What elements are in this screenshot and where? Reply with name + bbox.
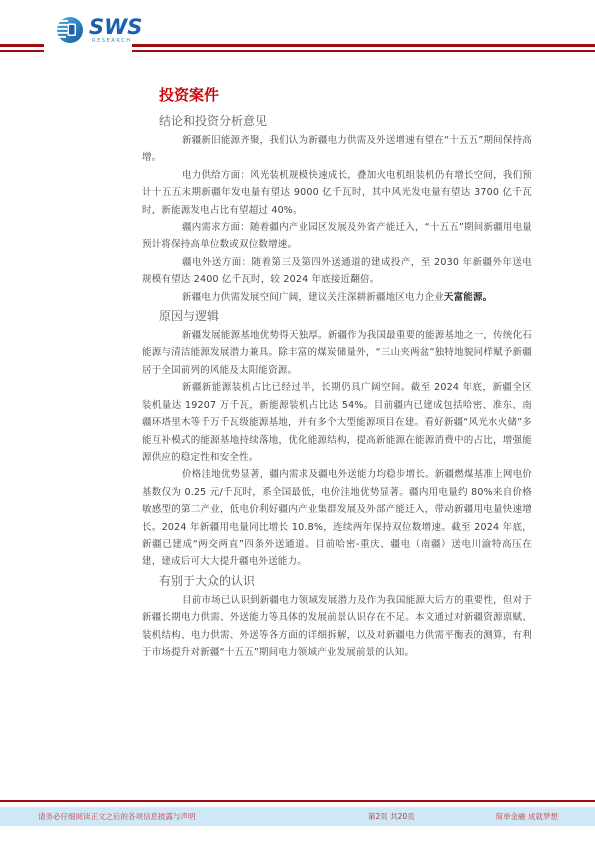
logo-sws-text: SWS xyxy=(89,17,142,38)
body-paragraph: 新疆新能源装机占比已经过半，长期仍具广阔空间。截至 2024 年底，新疆全区装机… xyxy=(142,379,532,466)
paragraph-text: 新疆新旧能源齐聚，我们认为新疆电力供需及外送增速有望在“十五五”期间保持高增。 xyxy=(142,135,532,163)
logo-research-text: RESEARCH xyxy=(92,39,142,44)
paragraph-text: 电力供给方面：风光装机规模快速成长，叠加火电机组装机仍有增长空间，我们预计十五五… xyxy=(142,170,532,216)
footer-disclaimer: 请务必仔细阅读正文之后的各项信息披露与声明 xyxy=(38,807,196,826)
page-title: 投资案件 xyxy=(142,86,532,104)
report-body: 投资案件 结论和投资分析意见新疆新旧能源齐聚，我们认为新疆电力供需及外送增速有望… xyxy=(142,86,532,661)
body-paragraph: 新疆电力供需发展空间广阔，建议关注深耕新疆地区电力企业天富能源。 xyxy=(142,289,532,306)
report-page: SWS RESEARCH 投资案件 结论和投资分析意见新疆新旧能源齐聚，我们认为… xyxy=(0,0,595,841)
highlighted-company-name: 天富能源。 xyxy=(444,292,493,303)
sws-logo: SWS RESEARCH xyxy=(55,15,142,45)
sws-globe-icon xyxy=(55,15,85,45)
paragraph-text: 目前市场已认识到新疆电力领域发展潜力及作为我国能源大后方的重要性，但对于新疆长期… xyxy=(142,595,532,658)
header-rule-left-bottom xyxy=(0,50,44,52)
paragraph-text: 新疆电力供需发展空间广阔，建议关注深耕新疆地区电力企业 xyxy=(182,292,444,303)
footer-rule xyxy=(0,800,595,802)
body-paragraph: 新疆发展能源基地优势得天独厚。新疆作为我国最重要的能源基地之一，传统化石能源与清… xyxy=(142,327,532,379)
section-heading: 有别于大众的认识 xyxy=(142,573,532,590)
header-rule-right-bottom xyxy=(132,50,595,52)
paragraph-text: 新疆发展能源基地优势得天独厚。新疆作为我国最重要的能源基地之一，传统化石能源与清… xyxy=(142,330,532,376)
footer-band: 请务必仔细阅读正文之后的各项信息披露与声明 第2页 共20页 简单金融 成就梦想 xyxy=(0,807,595,826)
header-rule-right-top xyxy=(132,44,595,47)
sections: 结论和投资分析意见新疆新旧能源齐聚，我们认为新疆电力供需及外送增速有望在“十五五… xyxy=(142,113,532,661)
header-rule-left-top xyxy=(0,44,44,47)
paragraph-text: 疆电外送方面：随着第三及第四外送通道的建成投产，至 2030 年新疆外年送电规模… xyxy=(142,257,532,285)
paragraph-text: 疆内需求方面：随着疆内产业园区发展及外省产能迁入，“十五五”期间新疆用电量预计将… xyxy=(142,222,532,250)
footer-page-info: 第2页 共20页 xyxy=(368,807,415,826)
paragraph-text: 价格洼地优势显著，疆内需求及疆电外送能力均稳步增长。新疆燃煤基准上网电价基数仅为… xyxy=(142,469,532,567)
body-paragraph: 电力供给方面：风光装机规模快速成长，叠加火电机组装机仍有增长空间，我们预计十五五… xyxy=(142,167,532,219)
body-paragraph: 新疆新旧能源齐聚，我们认为新疆电力供需及外送增速有望在“十五五”期间保持高增。 xyxy=(142,132,532,167)
section-heading: 原因与逻辑 xyxy=(142,308,532,325)
body-paragraph: 疆内需求方面：随着疆内产业园区发展及外省产能迁入，“十五五”期间新疆用电量预计将… xyxy=(142,219,532,254)
page-header: SWS RESEARCH xyxy=(0,0,595,60)
body-paragraph: 价格洼地优势显著，疆内需求及疆电外送能力均稳步增长。新疆燃煤基准上网电价基数仅为… xyxy=(142,466,532,570)
footer-slogan: 简单金融 成就梦想 xyxy=(496,807,558,826)
section-heading: 结论和投资分析意见 xyxy=(142,113,532,130)
body-paragraph: 疆电外送方面：随着第三及第四外送通道的建成投产，至 2030 年新疆外年送电规模… xyxy=(142,254,532,289)
logo-text-block: SWS RESEARCH xyxy=(89,17,142,44)
paragraph-text: 新疆新能源装机占比已经过半，长期仍具广阔空间。截至 2024 年底，新疆全区装机… xyxy=(142,382,532,463)
body-paragraph: 目前市场已认识到新疆电力领域发展潜力及作为我国能源大后方的重要性，但对于新疆长期… xyxy=(142,592,532,662)
